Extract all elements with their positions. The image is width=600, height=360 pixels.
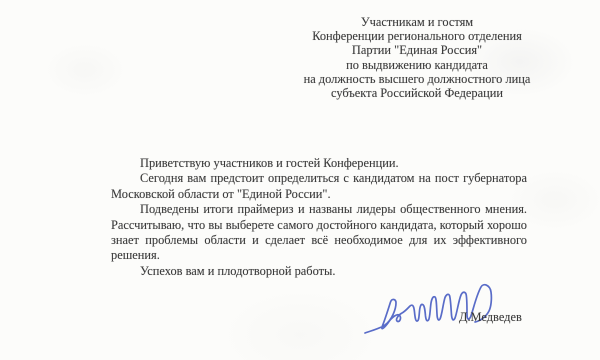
letter-page: Участникам и гостям Конференции регионал… [0, 0, 600, 360]
addressee-line: Партии "Единая Россия" [248, 43, 586, 57]
addressee-line: субъекта Российской Федерации [248, 86, 586, 100]
addressee-line: по выдвижению кандидата [248, 58, 586, 72]
signee-name: Д.Медведев [459, 310, 522, 325]
signature-handwriting-icon [358, 276, 498, 338]
addressee-line: на должность высшего должностного лица [248, 72, 586, 86]
addressee-line: Участникам и гостям [248, 15, 586, 29]
body-line: решения. [111, 248, 527, 263]
addressee-block: Участникам и гостям Конференции регионал… [248, 15, 586, 100]
body-line: Сегодня вам предстоит определиться с кан… [111, 171, 527, 186]
letter-body: Приветствую участников и гостей Конферен… [111, 156, 527, 279]
body-line: Подведены итоги праймериз и названы лиде… [111, 202, 527, 217]
body-line: Рассчитываю, что вы выберете самого дост… [111, 218, 527, 233]
body-line: знает проблемы области и сделает всё нео… [111, 233, 527, 248]
addressee-line: Конференции регионального отделения [248, 29, 586, 43]
body-line: Московской области от "Единой России". [111, 187, 527, 202]
body-line: Приветствую участников и гостей Конферен… [111, 156, 527, 171]
